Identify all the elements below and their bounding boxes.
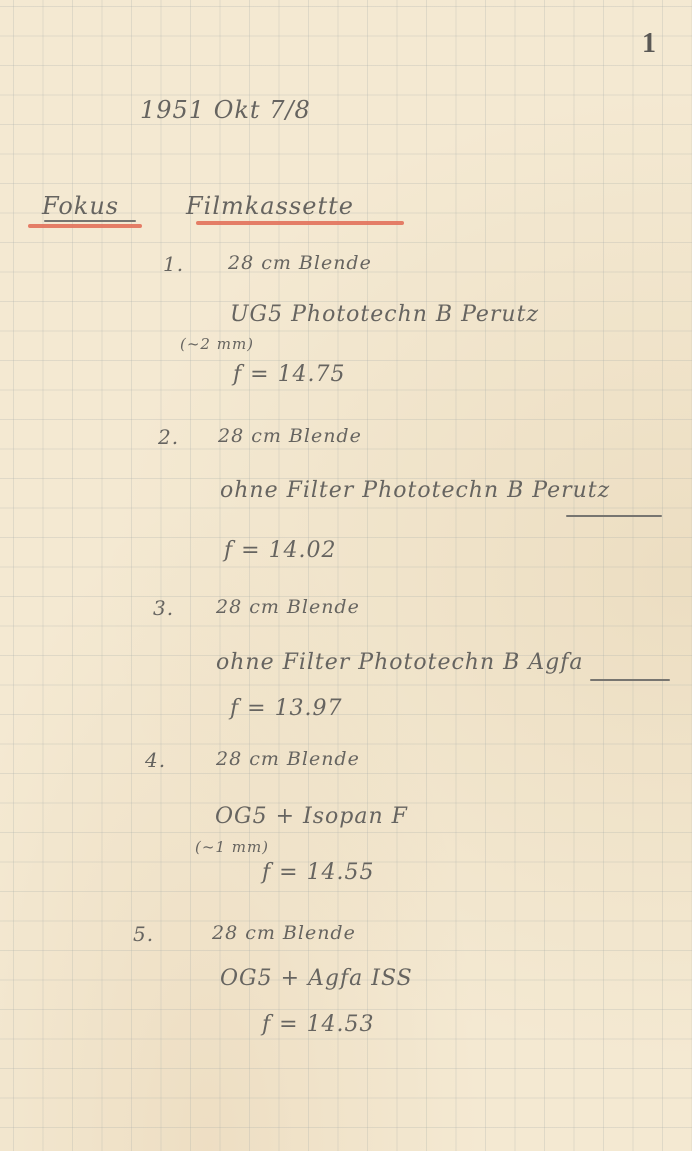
entry-date: 1951 Okt 7/8 [140, 96, 311, 124]
entry-number: 5. [133, 922, 154, 946]
entry-number: 3. [153, 596, 174, 620]
entry-aperture: 28 cm Blende [216, 748, 360, 770]
red-underline-filmkassette [196, 221, 404, 225]
red-underline-fokus [28, 224, 142, 228]
entry-aperture: 28 cm Blende [218, 425, 362, 447]
entry-setup: OG5 + Agfa ISS [220, 966, 413, 991]
entry-focus-value: f = 14.75 [233, 362, 346, 387]
notebook-page: 1 1951 Okt 7/8 Fokus Filmkassette 1. 28 … [0, 0, 692, 1151]
pencil-underline-fokus [44, 220, 136, 222]
entry-number: 4. [145, 748, 166, 772]
entry-focus-value: f = 14.55 [262, 860, 375, 885]
heading-filmkassette: Filmkassette [186, 192, 354, 220]
entry-aperture: 28 cm Blende [216, 596, 360, 618]
pencil-underline-agfa [590, 679, 670, 681]
entry-setup: ohne Filter Phototechn B Agfa [216, 650, 584, 675]
entry-setup: OG5 + Isopan F [215, 804, 408, 829]
pencil-underline-perutz [566, 515, 662, 517]
entry-setup: UG5 Phototechn B Perutz [230, 302, 539, 327]
heading-fokus: Fokus [42, 192, 119, 220]
entry-aperture: 28 cm Blende [228, 252, 372, 274]
entry-focus-value: f = 13.97 [230, 696, 343, 721]
entry-focus-value: f = 14.53 [262, 1012, 375, 1037]
entry-setup: ohne Filter Phototechn B Perutz [220, 478, 610, 503]
entry-number: 1. [163, 252, 184, 276]
entry-number: 2. [158, 425, 179, 449]
page-number: 1 [642, 28, 656, 60]
entry-focus-value: f = 14.02 [224, 538, 337, 563]
entry-note: (~2 mm) [180, 335, 254, 353]
entry-aperture: 28 cm Blende [212, 922, 356, 944]
entry-note: (~1 mm) [195, 838, 269, 856]
